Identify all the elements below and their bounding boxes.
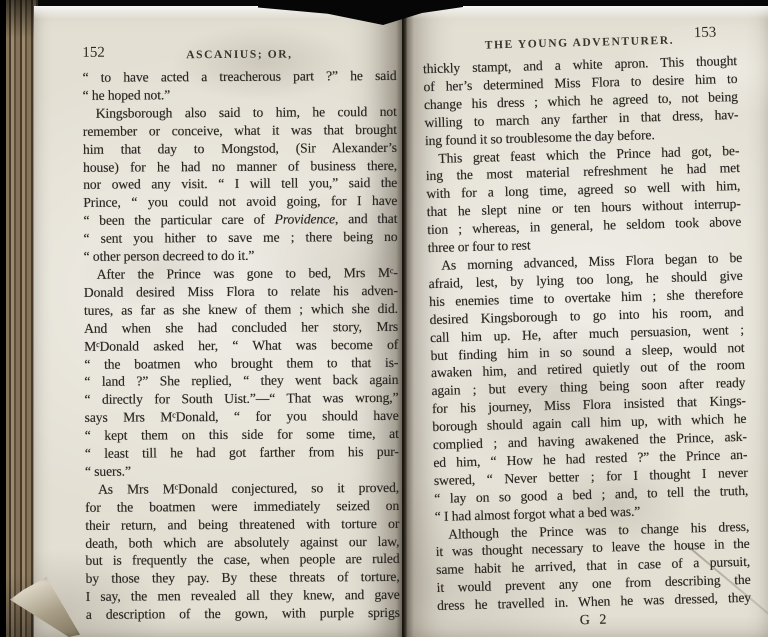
book-photo: 152 ASCANIUS; OR, “ to have acted a trea…: [0, 0, 768, 637]
text-line: “ suers.”: [85, 461, 399, 481]
text-line: house) for he had no manner of business …: [83, 156, 397, 176]
right-running-title: THE YOUNG ADVENTURER.: [485, 35, 675, 52]
text-segment: “ been the particular care of: [83, 212, 274, 228]
text-segment: their return, and being threatened with …: [85, 516, 399, 533]
text-segment: MᶜDonald asked her, “ What was become of: [84, 336, 398, 353]
right-page-number: 153: [694, 25, 717, 43]
text-line: for the boatmen were immediately seized …: [85, 497, 399, 517]
text-line: death, both which are absolutely against…: [85, 532, 399, 552]
text-line: “ land ?” She replied, “ they went back …: [84, 371, 398, 391]
text-line: “ he hoped not.”: [83, 85, 397, 105]
text-segment: After the Prince was gone to bed, Mrs Mᶜ…: [97, 265, 398, 282]
text-line: Prince, “ you could not avoid going, for…: [83, 192, 397, 212]
text-line: “ to have acted a treacherous part ?” he…: [82, 67, 396, 87]
left-page-number: 152: [82, 45, 105, 62]
text-line: “ directly for South Uist.”—“ That was w…: [84, 389, 398, 409]
text-segment: three or four to rest: [428, 238, 531, 256]
text-segment: but is frequently the case, when people …: [85, 551, 399, 568]
text-line: MᶜDonald asked her, “ What was become of: [84, 335, 398, 355]
text-line: And when she had concluded her story, Mr…: [84, 318, 398, 338]
text-line: a description of the gown, with purple s…: [86, 604, 400, 624]
left-page: 152 ASCANIUS; OR, “ to have acted a trea…: [34, 6, 402, 637]
text-segment: As Mrs MᶜDonald conjectured, so it prove…: [98, 480, 399, 497]
text-segment: a description of the gown, with purple s…: [86, 605, 400, 622]
text-line: “ kept them on this side for some time, …: [85, 425, 399, 445]
right-page: THE YOUNG ADVENTURER. 153 thickly stampt…: [404, 6, 768, 637]
left-page-header: 152 ASCANIUS; OR,: [82, 43, 396, 67]
text-line: “ sent you hither to save me ; there bei…: [83, 228, 397, 248]
left-page-content: 152 ASCANIUS; OR, “ to have acted a trea…: [32, 5, 404, 624]
text-line: remember or conceive, what it was that b…: [83, 121, 397, 141]
text-segment: “ kept them on this side for some time, …: [85, 426, 399, 443]
text-segment: Donald desired Miss Flora to relate his …: [84, 283, 398, 300]
text-line: After the Prince was gone to bed, Mrs Mᶜ…: [84, 264, 398, 284]
text-line: “ other person decreed to do it.”: [84, 246, 398, 266]
italic-text: Providence: [275, 212, 335, 227]
text-line: but is frequently the case, when people …: [85, 550, 399, 570]
text-segment: “ suers.”: [85, 463, 131, 478]
right-page-content: THE YOUNG ADVENTURER. 153 thickly stampt…: [398, 1, 768, 633]
text-line: nor owed any visit. “ I will tell you,” …: [83, 174, 397, 194]
text-segment: “ land ?” She replied, “ they went back …: [84, 372, 398, 389]
text-line: As Mrs MᶜDonald conjectured, so it prove…: [85, 479, 399, 499]
text-line: says Mrs MᶜDonald, “ for you should have: [85, 407, 399, 427]
text-segment: for the boatmen were immediately seized …: [85, 498, 399, 515]
text-line: I say, the men revealed all they knew, a…: [86, 586, 400, 606]
text-segment: house) for he had no manner of business …: [83, 157, 397, 174]
text-segment: “ least till he had got farther from his…: [85, 444, 399, 461]
text-segment: remember or conceive, what it was that b…: [83, 122, 397, 139]
text-line: their return, and being threatened with …: [85, 515, 399, 535]
text-line: him that day to Mongstod, (Sir Alexander…: [83, 139, 397, 159]
left-page-text: “ to have acted a treacherous part ?” he…: [82, 67, 399, 624]
text-segment: I say, the men revealed all they knew, a…: [86, 587, 400, 604]
right-page-text: thickly stampt, and a white apron. This …: [423, 52, 751, 615]
text-segment: by those they pay. By these threats of t…: [86, 569, 400, 586]
text-segment: , and that: [335, 211, 397, 226]
left-running-title: ASCANIUS; OR,: [186, 49, 292, 62]
text-line: “ the boatmen who brought them to that i…: [84, 353, 398, 373]
text-line: by those they pay. By these threats of t…: [86, 568, 400, 588]
text-line: “ least till he had got farther from his…: [85, 443, 399, 463]
text-segment: “ directly for South Uist.”—“ That was w…: [84, 390, 398, 407]
text-segment: tures, as far as she knew of them ; whic…: [84, 301, 398, 318]
text-segment: Prince, “ you could not avoid going, for…: [83, 193, 397, 210]
text-segment: “ he hoped not.”: [83, 87, 171, 103]
text-segment: And when she had concluded her story, Mr…: [84, 319, 398, 336]
text-segment: “ other person decreed to do it.”: [84, 248, 255, 264]
text-segment: him that day to Mongstod, (Sir Alexander…: [83, 140, 397, 157]
text-line: Donald desired Miss Flora to relate his …: [84, 282, 398, 302]
text-segment: “ sent you hither to save me ; there bei…: [83, 229, 397, 246]
text-line: “ been the particular care of Providence…: [83, 210, 397, 230]
text-segment: “ the boatmen who brought them to that i…: [84, 354, 398, 371]
text-segment: “ to have acted a treacherous part ?” he…: [83, 68, 397, 85]
text-line: tures, as far as she knew of them ; whic…: [84, 300, 398, 320]
text-line: Kingsborough also said to him, he could …: [83, 103, 397, 123]
text-segment: says Mrs MᶜDonald, “ for you should have: [85, 408, 399, 425]
text-segment: death, both which are absolutely against…: [85, 533, 399, 550]
text-segment: Kingsborough also said to him, he could …: [96, 104, 397, 121]
text-segment: nor owed any visit. “ I will tell you,” …: [83, 175, 397, 192]
